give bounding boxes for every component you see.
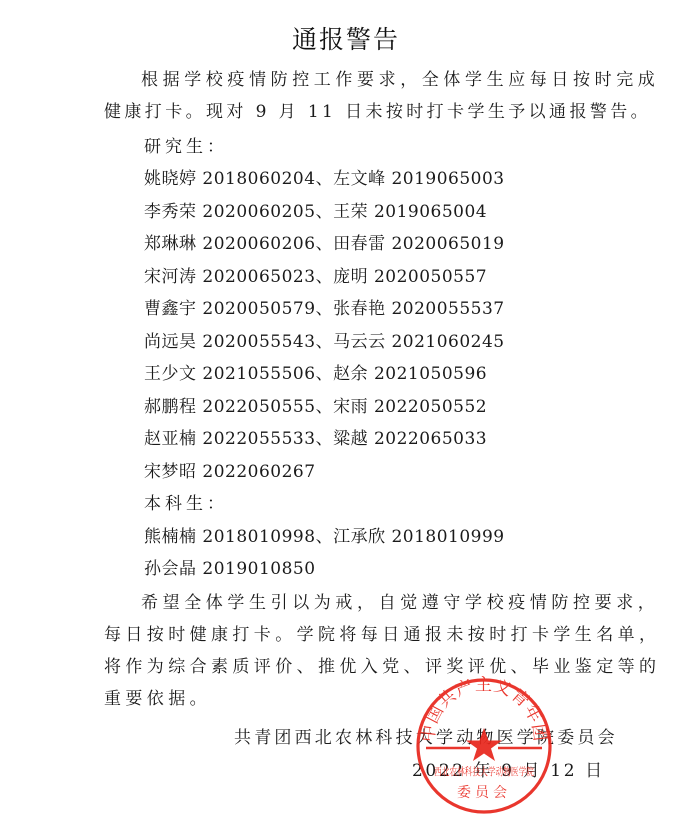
- document-title: 通报警告: [0, 20, 692, 56]
- graduate-heading: 研究生：: [144, 136, 228, 158]
- closing-line-2: 每日按时健康打卡。学院将每日通报未按时打卡学生名单，: [104, 624, 660, 646]
- graduate-line-10: 宋梦昭 2022060267: [144, 461, 316, 483]
- graduate-line-9: 赵亚楠 2022055533、粱越 2022065033: [144, 428, 487, 450]
- graduate-line-2: 李秀荣 2020060205、王荣 2019065004: [144, 201, 487, 223]
- undergraduate-heading: 本科生：: [144, 493, 228, 515]
- graduate-line-4: 宋河涛 2020065023、庞明 2020050557: [144, 266, 487, 288]
- undergraduate-line-1: 熊楠楠 2018010998、江承欣 2018010999: [144, 526, 505, 548]
- graduate-line-3: 郑琳琳 2020060206、田春雷 2020065019: [144, 233, 505, 255]
- closing-line-4: 重要依据。: [104, 688, 211, 710]
- undergraduate-line-2: 孙会晶 2019010850: [144, 558, 316, 580]
- graduate-line-5: 曹鑫宇 2020050579、张春艳 2020055537: [144, 298, 505, 320]
- signature-organization: 共青团西北农林科技大学动物医学院委员会: [234, 723, 618, 748]
- closing-line-1: 希望全体学生引以为戒，自觉遵守学校疫情防控要求，: [141, 592, 659, 614]
- signature-date: 2022 年 9 月 12 日: [412, 756, 605, 781]
- graduate-line-8: 郝鹏程 2022050555、宋雨 2022050552: [144, 396, 487, 418]
- intro-line-1: 根据学校疫情防控工作要求，全体学生应每日按时完成: [141, 69, 659, 91]
- graduate-line-1: 姚晓婷 2018060204、左文峰 2019065003: [144, 168, 505, 190]
- seal-bottom-text: 委员会: [457, 785, 511, 801]
- graduate-line-6: 尚远昊 2020055543、马云云 2021060245: [144, 331, 505, 353]
- intro-line-2: 健康打卡。现对 9 月 11 日未按时打卡学生予以通报警告。: [104, 101, 651, 123]
- closing-line-3: 将作为综合素质评价、推优入党、评奖评优、毕业鉴定等的: [104, 656, 660, 678]
- graduate-line-7: 王少文 2021055506、赵余 2021050596: [144, 363, 487, 385]
- notice-document: 通报警告 根据学校疫情防控工作要求，全体学生应每日按时完成 健康打卡。现对 9 …: [0, 0, 692, 826]
